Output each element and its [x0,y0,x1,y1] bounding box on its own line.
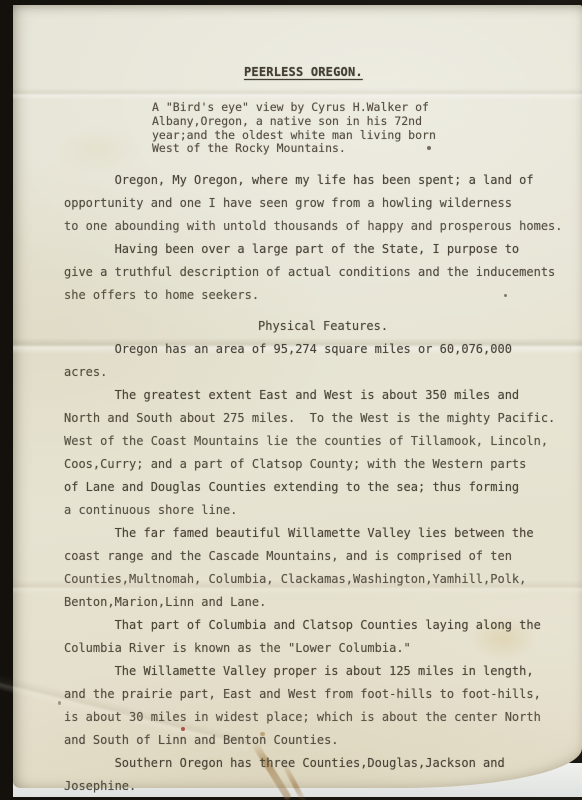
text-line: opportunity and one I have seen grow fro… [64,192,579,215]
text-line: Coos,Curry; and a part of Clatsop County… [64,453,579,476]
text-line: she offers to home seekers. [64,284,579,307]
paragraph: That part of Columbia and Clatsop Counti… [64,614,579,660]
section-heading: Physical Features. [64,315,579,338]
text-line: Having been over a large part of the Sta… [64,238,579,261]
text-line: The greatest extent East and West is abo… [64,384,579,407]
text-line: Benton,Marion,Linn and Lane. [64,591,579,614]
text-line: Counties,Multnomah, Columbia, Clackamas,… [64,568,579,591]
text-line: Josephine. [64,775,579,798]
text-line: and South of Linn and Benton Counties. [64,729,579,752]
paragraph: The greatest extent East and West is abo… [64,384,579,522]
text-line: Oregon has an area of 95,274 square mile… [64,338,579,361]
paragraph: The Willamette Valley proper is about 12… [64,660,579,752]
document-title: PEERLESS OREGON. [244,65,363,79]
text-line: give a truthful description of actual co… [64,261,579,284]
paragraph: Oregon, My Oregon, where my life has bee… [64,169,579,238]
typewritten-text: PEERLESS OREGON. A "Bird's eye" view by … [13,5,582,788]
paragraph: Having been over a large part of the Sta… [64,238,579,307]
text-line: North and South about 275 miles. To the … [64,407,579,430]
paper-sheet: PEERLESS OREGON. A "Bird's eye" view by … [13,5,582,788]
text-line: Southern Oregon has three Counties,Dougl… [64,752,579,775]
text-line: Columbia River is known as the "Lower Co… [64,637,579,660]
text-line: coast range and the Cascade Mountains, a… [64,545,579,568]
text-line: acres. [64,361,579,384]
text-line: to one abounding with untold thousands o… [64,215,579,238]
paragraph: The far famed beautiful Willamette Valle… [64,522,579,614]
byline-line: A "Bird's eye" view by Cyrus H.Walker of [152,101,436,115]
paragraph: Oregon has an area of 95,274 square mile… [64,338,579,384]
text-line: of Lane and Douglas Counties extending t… [64,476,579,499]
text-line: Oregon, My Oregon, where my life has bee… [64,169,579,192]
scanned-document-page: PEERLESS OREGON. A "Bird's eye" view by … [0,0,582,800]
text-line: a continuous shore line. [64,499,579,522]
byline-line: West of the Rocky Mountains. [152,142,436,156]
paragraph: Southern Oregon has three Counties,Dougl… [64,752,579,798]
text-line: and the prairie part, East and West from… [64,683,579,706]
text-line: That part of Columbia and Clatsop Counti… [64,614,579,637]
text-line: The far famed beautiful Willamette Valle… [64,522,579,545]
document-body: Oregon, My Oregon, where my life has bee… [64,169,579,798]
byline: A "Bird's eye" view by Cyrus H.Walker of… [152,101,436,156]
text-line: is about 30 miles in widest place; which… [64,706,579,729]
text-line: West of the Coast Mountains lie the coun… [64,430,579,453]
byline-line: Albany,Oregon, a native son in his 72nd [152,115,436,129]
text-line: The Willamette Valley proper is about 12… [64,660,579,683]
